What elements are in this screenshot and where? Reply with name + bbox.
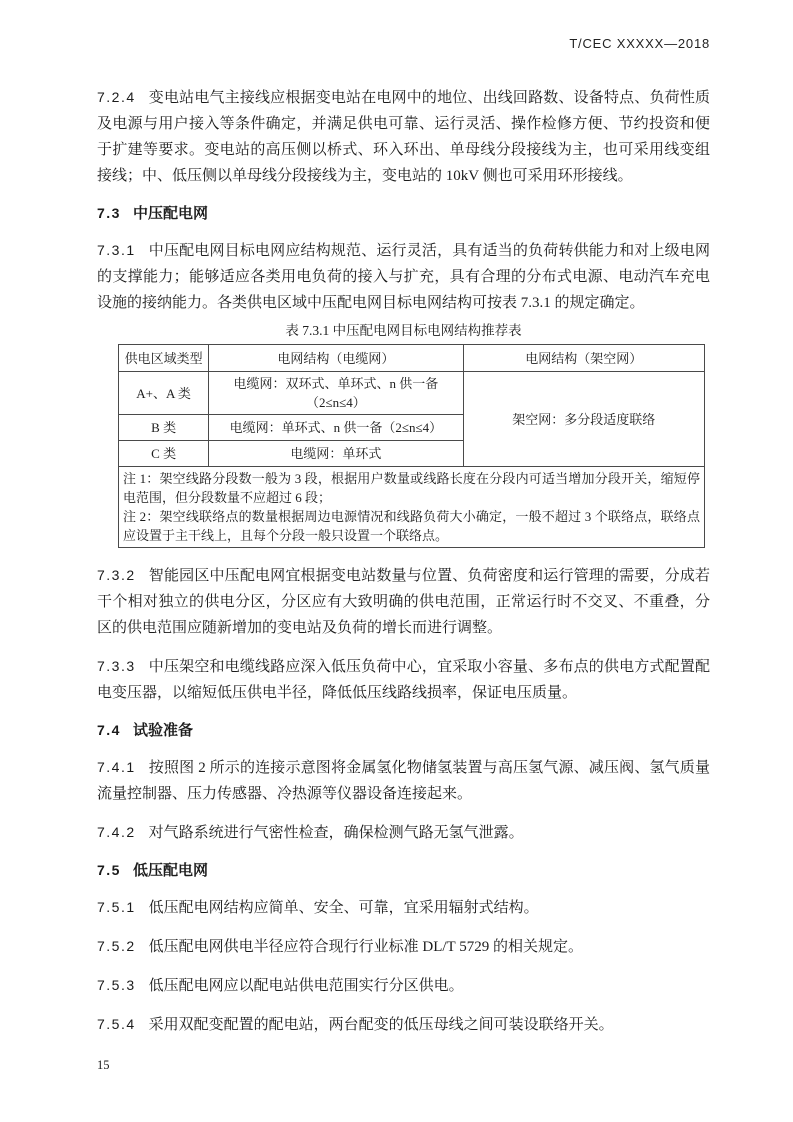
cell-area-a: A+、A 类 <box>119 372 209 415</box>
clause-number: 7.2.4 <box>97 89 136 105</box>
section-title: 低压配电网 <box>133 862 208 879</box>
cell-cable-c: 电缆网：单环式 <box>209 441 463 467</box>
table-note-1: 注 1：架空线路分段数一般为 3 段，根据用户数量或线路长度在分段内可适当增加分… <box>123 469 700 507</box>
clause-7-3-1: 7.3.1中压配电网目标电网应结构规范、运行灵活，具有适当的负荷转供能力和对上级… <box>97 237 710 316</box>
clause-number: 7.4.2 <box>97 824 136 840</box>
doc-header: T/CEC XXXXX—2018 <box>97 36 710 52</box>
clause-number: 7.5.3 <box>97 977 136 993</box>
clause-7-5-2: 7.5.2低压配电网供电半径应符合现行行业标准 DL/T 5729 的相关规定。 <box>97 933 710 960</box>
table-caption: 表 7.3.1 中压配电网目标电网结构推荐表 <box>97 322 710 340</box>
clause-text: 低压配电网供电半径应符合现行行业标准 DL/T 5729 的相关规定。 <box>149 939 583 955</box>
col-header-cable-network: 电网结构（电缆网） <box>209 345 463 372</box>
cell-area-b: B 类 <box>119 415 209 441</box>
standard-number: T/CEC XXXXX—2018 <box>569 36 710 51</box>
clause-7-3-3: 7.3.3中压架空和电缆线路应深入低压负荷中心，宜采取小容量、多布点的供电方式配… <box>97 653 710 706</box>
page-number: 15 <box>97 1058 110 1073</box>
section-number: 7.5 <box>97 862 121 878</box>
document-page: T/CEC XXXXX—2018 7.2.4变电站电气主接线应根据变电站在电网中… <box>0 0 793 1122</box>
clause-text: 变电站电气主接线应根据变电站在电网中的地位、出线回路数、设备特点、负荷性质及电源… <box>97 90 710 184</box>
clause-7-5-1: 7.5.1低压配电网结构应简单、安全、可靠，宜采用辐射式结构。 <box>97 894 710 921</box>
table-notes-row: 注 1：架空线路分段数一般为 3 段，根据用户数量或线路长度在分段内可适当增加分… <box>119 467 705 548</box>
clause-text: 智能园区中压配电网宜根据变电站数量与位置、负荷密度和运行管理的需要，分成若干个相… <box>97 568 710 636</box>
section-heading-7-5: 7.5低压配电网 <box>97 859 710 882</box>
clause-text: 对气路系统进行气密性检查，确保检测气路无氢气泄露。 <box>149 825 524 841</box>
clause-text: 中压配电网目标电网应结构规范、运行灵活，具有适当的负荷转供能力和对上级电网的支撑… <box>97 243 710 311</box>
clause-number: 7.4.1 <box>97 759 136 775</box>
table-header-row: 供电区域类型 电网结构（电缆网） 电网结构（架空网） <box>119 345 705 372</box>
section-heading-7-3: 7.3中压配电网 <box>97 202 710 225</box>
section-title: 中压配电网 <box>133 205 208 222</box>
cell-cable-a: 电缆网：双环式、单环式、n 供一备（2≤n≤4） <box>209 372 463 415</box>
clause-number: 7.3.3 <box>97 658 136 674</box>
cell-overhead-merged: 架空网：多分段适度联络 <box>463 372 704 467</box>
clause-number: 7.3.1 <box>97 242 136 258</box>
section-number: 7.4 <box>97 722 121 738</box>
clause-7-3-2: 7.3.2智能园区中压配电网宜根据变电站数量与位置、负荷密度和运行管理的需要，分… <box>97 562 710 641</box>
target-grid-structure-table: 供电区域类型 电网结构（电缆网） 电网结构（架空网） A+、A 类 电缆网：双环… <box>118 344 705 548</box>
clause-text: 低压配电网应以配电站供电范围实行分区供电。 <box>149 978 464 994</box>
clause-text: 中压架空和电缆线路应深入低压负荷中心，宜采取小容量、多布点的供电方式配置配电变压… <box>97 659 710 701</box>
clause-7-5-3: 7.5.3低压配电网应以配电站供电范围实行分区供电。 <box>97 972 710 999</box>
clause-number: 7.5.1 <box>97 899 136 915</box>
col-header-supply-area-type: 供电区域类型 <box>119 345 209 372</box>
clause-text: 按照图 2 所示的连接示意图将金属氢化物储氢装置与高压氢气源、减压阀、氢气质量流… <box>97 760 710 802</box>
section-number: 7.3 <box>97 205 121 221</box>
section-title: 试验准备 <box>133 722 193 739</box>
col-header-overhead-network: 电网结构（架空网） <box>463 345 704 372</box>
table-note-2: 注 2：架空线联络点的数量根据周边电源情况和线路负荷大小确定，一般不超过 3 个… <box>123 507 700 545</box>
clause-7-4-1: 7.4.1按照图 2 所示的连接示意图将金属氢化物储氢装置与高压氢气源、减压阀、… <box>97 754 710 807</box>
clause-number: 7.5.4 <box>97 1016 136 1032</box>
clause-number: 7.5.2 <box>97 938 136 954</box>
clause-text: 低压配电网结构应简单、安全、可靠，宜采用辐射式结构。 <box>149 900 539 916</box>
clause-7-4-2: 7.4.2对气路系统进行气密性检查，确保检测气路无氢气泄露。 <box>97 819 710 846</box>
table-notes-cell: 注 1：架空线路分段数一般为 3 段，根据用户数量或线路长度在分段内可适当增加分… <box>119 467 705 548</box>
clause-text: 采用双配变配置的配电站，两台配变的低压母线之间可装设联络开关。 <box>149 1017 614 1033</box>
table-row: A+、A 类 电缆网：双环式、单环式、n 供一备（2≤n≤4） 架空网：多分段适… <box>119 372 705 415</box>
clause-number: 7.3.2 <box>97 567 136 583</box>
section-heading-7-4: 7.4试验准备 <box>97 719 710 742</box>
clause-7-2-4: 7.2.4变电站电气主接线应根据变电站在电网中的地位、出线回路数、设备特点、负荷… <box>97 84 710 189</box>
cell-cable-b: 电缆网：单环式、n 供一备（2≤n≤4） <box>209 415 463 441</box>
clause-7-5-4: 7.5.4采用双配变配置的配电站，两台配变的低压母线之间可装设联络开关。 <box>97 1011 710 1038</box>
cell-area-c: C 类 <box>119 441 209 467</box>
